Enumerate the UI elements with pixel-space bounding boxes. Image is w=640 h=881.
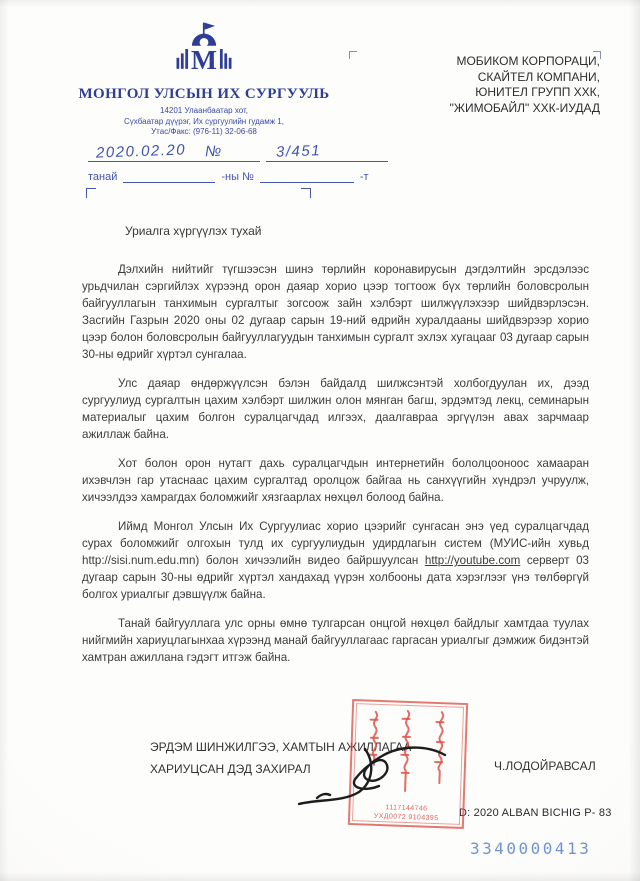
serial-number-stamp: 3340000413 (470, 839, 591, 858)
reply-blank (123, 170, 215, 183)
date-underline: 2020.02.20 № (88, 143, 260, 162)
paragraph: Улс даяар өндөржүүлсэн бэлэн байдалд шил… (82, 375, 589, 443)
address-line: Утас/Факс: (976-11) 32-06-68 (68, 127, 340, 138)
university-logo: М (68, 16, 340, 84)
reply-prefix: танай (88, 171, 117, 183)
university-emblem-icon: М (171, 16, 237, 82)
letterhead: М МОНГОЛ УЛСЫН ИХ СУРГУУЛЬ 14201 Улаанба… (68, 16, 340, 138)
corner-bracket-icon (349, 51, 357, 59)
recipient-line: "ЖИМОБАЙЛ" ХХК-ИУДАД (450, 101, 600, 117)
reply-suffix: -т (360, 171, 369, 183)
corner-bracket-icon (593, 51, 601, 59)
university-name: МОНГОЛ УЛСЫН ИХ СУРГУУЛЬ (68, 86, 340, 103)
recipient-line: СКАЙТЕЛ КОМПАНИ, (450, 70, 600, 86)
paragraph: Танай байгууллага улс орны өмнө тулгарса… (82, 615, 589, 666)
handwritten-date: 2020.02.20 (96, 141, 187, 161)
svg-text:М: М (191, 44, 217, 75)
sisi-link[interactable]: http://sisi.num.edu.mn (82, 554, 195, 567)
paragraph: Иймд Монгол Улсын Их Сургуулиас хорио цэ… (82, 518, 589, 603)
handwritten-number: 3/451 (275, 142, 321, 161)
address-line: Сүхбаатар дүүрэг, Их сургуулийн гудамж 1… (68, 117, 340, 128)
recipient-line: ЮНИТЕЛ ГРУПП ХХК, (450, 85, 600, 101)
letter-subject: Уриалга хүргүүлэх тухай (125, 224, 262, 238)
paragraph-text: Иймд Монгол Улсын Их Сургуулиас хорио цэ… (82, 520, 589, 550)
youtube-link[interactable]: http://youtube.com (425, 554, 520, 567)
scanned-letter-page: { "letterhead": { "logo_color": "#2e3d96… (0, 0, 640, 881)
recipient-line: МОБИКОМ КОРПОРАЦИ, (450, 54, 600, 70)
university-address: 14201 Улаанбаатар хот, Сүхбаатар дүүрэг,… (68, 106, 340, 138)
corner-bracket-icon (301, 188, 311, 198)
handwritten-signature-icon (293, 741, 458, 807)
reference-block: 2020.02.20 № 3/451 танай -ны № -т (88, 140, 388, 183)
corner-bracket-icon (86, 188, 96, 198)
letter-body: Дэлхийн нийтийг түгшээсэн шинэ төрлийн к… (82, 261, 589, 678)
paragraph: Хот болон орон нутагт дахь суралцагчдын … (82, 455, 589, 506)
recipient-block: МОБИКОМ КОРПОРАЦИ, СКАЙТЕЛ КОМПАНИ, ЮНИТ… (450, 54, 600, 116)
reply-blank (260, 170, 354, 183)
reply-reference-row: танай -ны № -т (88, 168, 388, 183)
date-number-row: 2020.02.20 № 3/451 (88, 140, 388, 162)
paragraph-text: ) болон хичээлийн видео байршуулсан (195, 554, 424, 567)
paragraph: Дэлхийн нийтийг түгшээсэн шинэ төрлийн к… (82, 261, 589, 363)
number-underline: 3/451 (266, 143, 388, 162)
document-code: D: 2020 ALBAN BICHIG P- 83 (459, 807, 612, 819)
number-sign: № (204, 143, 222, 161)
signatory-name: Ч.ЛОДОЙРАВСАЛ (494, 759, 596, 773)
address-line: 14201 Улаанбаатар хот, (68, 106, 340, 117)
reply-middle: -ны № (221, 171, 254, 183)
